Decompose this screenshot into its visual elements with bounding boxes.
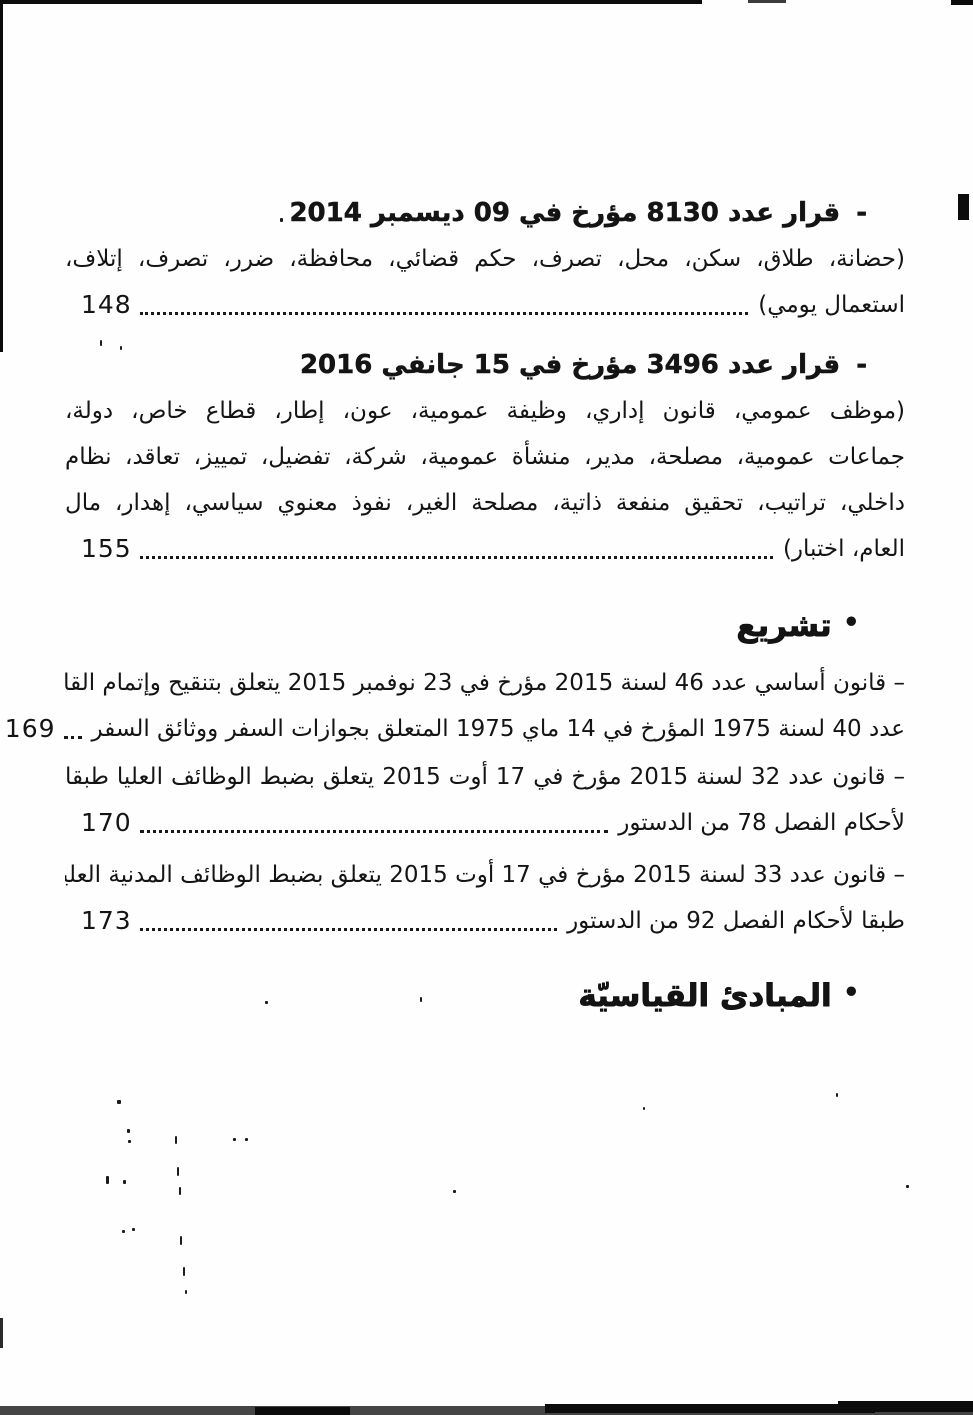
decision-heading-8130: -قرار عدد 8130 مؤرخ في 09 ديسمبر 2014 [65, 190, 905, 236]
dotted-leader [140, 830, 609, 833]
toc-leader-line: العام، اختبار) 155 [65, 526, 905, 572]
decision-keywords-line: داخلي، تراتيب، تحقيق منفعة ذاتية، مصلحة … [65, 480, 905, 526]
decision-keywords-line: (حضانة، طلاق، سكن، محل، تصرف، حكم قضائي،… [65, 236, 905, 282]
scan-speckle [132, 1228, 135, 1231]
page-number: 155 [81, 526, 132, 572]
bullet-icon: • [844, 978, 859, 1006]
bullet-icon: • [844, 608, 859, 636]
scan-speckle [183, 1267, 185, 1276]
scan-speckle [120, 346, 122, 350]
scan-border-bottom-seg [255, 1407, 350, 1415]
scan-edge-tick [958, 194, 969, 220]
toc-content: -قرار عدد 8130 مؤرخ في 09 ديسمبر 2014 (ح… [65, 0, 905, 1022]
dotted-leader [140, 556, 773, 559]
keywords-tail: استعمال يومي) [758, 282, 905, 328]
scan-speckle [128, 1140, 131, 1143]
decision-keywords-line: جماعات عمومية، مصلحة، مدير، منشأة عمومية… [65, 434, 905, 480]
decision-keywords-line: (موظف عمومي، قانون إداري، وظيفة عمومية، … [65, 388, 905, 434]
scan-speckle [106, 1176, 109, 1184]
legislation-line: – قانون أساسي عدد 46 لسنة 2015 مؤرخ في 2… [65, 660, 905, 706]
toc-leader-line: استعمال يومي) 148 [65, 282, 905, 328]
page-number: 148 [81, 282, 132, 328]
section-heading-legislation: •تشريع [65, 596, 905, 652]
dotted-leader [140, 928, 557, 931]
scan-speckle [906, 1185, 909, 1188]
legislation-line: – قانون عدد 32 لسنة 2015 مؤرخ في 17 أوت … [65, 754, 905, 800]
scan-speckle [177, 1167, 179, 1176]
scan-speckle [123, 1180, 126, 1184]
scan-speckle [179, 1187, 181, 1195]
scan-speckle [233, 1138, 236, 1141]
dotted-leader [140, 312, 749, 315]
decision-heading-3496: -قرار عدد 3496 مؤرخ في 15 جانفي 2016 [65, 342, 905, 388]
legislation-line: – قانون عدد 33 لسنة 2015 مؤرخ في 17 أوت … [65, 852, 905, 898]
toc-leader-line: لأحكام الفصل 78 من الدستور 170 [65, 800, 905, 846]
scan-speckle [117, 1100, 121, 1104]
section-heading-standard-principles: •المبادئ القياسيّة [65, 966, 905, 1022]
section-title: تشريع [736, 608, 831, 644]
scan-border-left [0, 0, 3, 352]
scan-border-bottom-seg [838, 1401, 973, 1412]
decision-title: قرار عدد 8130 مؤرخ في 09 ديسمبر 2014 [289, 198, 840, 228]
keywords-tail: العام، اختبار) [783, 526, 905, 572]
scan-speckle [265, 1001, 268, 1004]
scanned-toc-page: -قرار عدد 8130 مؤرخ في 09 ديسمبر 2014 (ح… [0, 0, 973, 1415]
legislation-tail: عدد 40 لسنة 1975 المؤرخ في 14 ماي 1975 ا… [92, 706, 905, 752]
toc-leader-line: عدد 40 لسنة 1975 المؤرخ في 14 ماي 1975 ا… [65, 706, 905, 752]
scan-speckle [180, 1236, 182, 1245]
scan-border-top-corner [951, 0, 973, 5]
page-number: 169 [5, 706, 56, 752]
scan-speckle [280, 218, 283, 222]
page-number: 170 [81, 800, 132, 846]
scan-speckle [185, 1290, 187, 1294]
scan-speckle [420, 997, 422, 1002]
scan-speckle [643, 1107, 645, 1110]
toc-leader-line: طبقا لأحكام الفصل 92 من الدستور 173 [65, 898, 905, 944]
scan-speckle [100, 340, 102, 346]
list-dash-marker: - [856, 342, 867, 388]
scan-speckle [175, 1136, 177, 1144]
legislation-tail: طبقا لأحكام الفصل 92 من الدستور [567, 898, 905, 944]
decision-title: قرار عدد 3496 مؤرخ في 15 جانفي 2016 [300, 350, 840, 380]
scan-border-left-lower [0, 1318, 3, 1348]
scan-speckle [245, 1138, 248, 1141]
scan-speckle [453, 1190, 456, 1193]
scan-speckle [836, 1093, 838, 1097]
section-title: المبادئ القياسيّة [578, 978, 831, 1014]
scan-border-bottom-seg [545, 1404, 875, 1413]
scan-speckle [122, 1230, 125, 1233]
scan-speckle [127, 1129, 130, 1133]
dotted-leader [64, 736, 82, 739]
page-number: 173 [81, 898, 132, 944]
list-dash-marker: - [856, 190, 867, 236]
legislation-tail: لأحكام الفصل 78 من الدستور [618, 800, 905, 846]
